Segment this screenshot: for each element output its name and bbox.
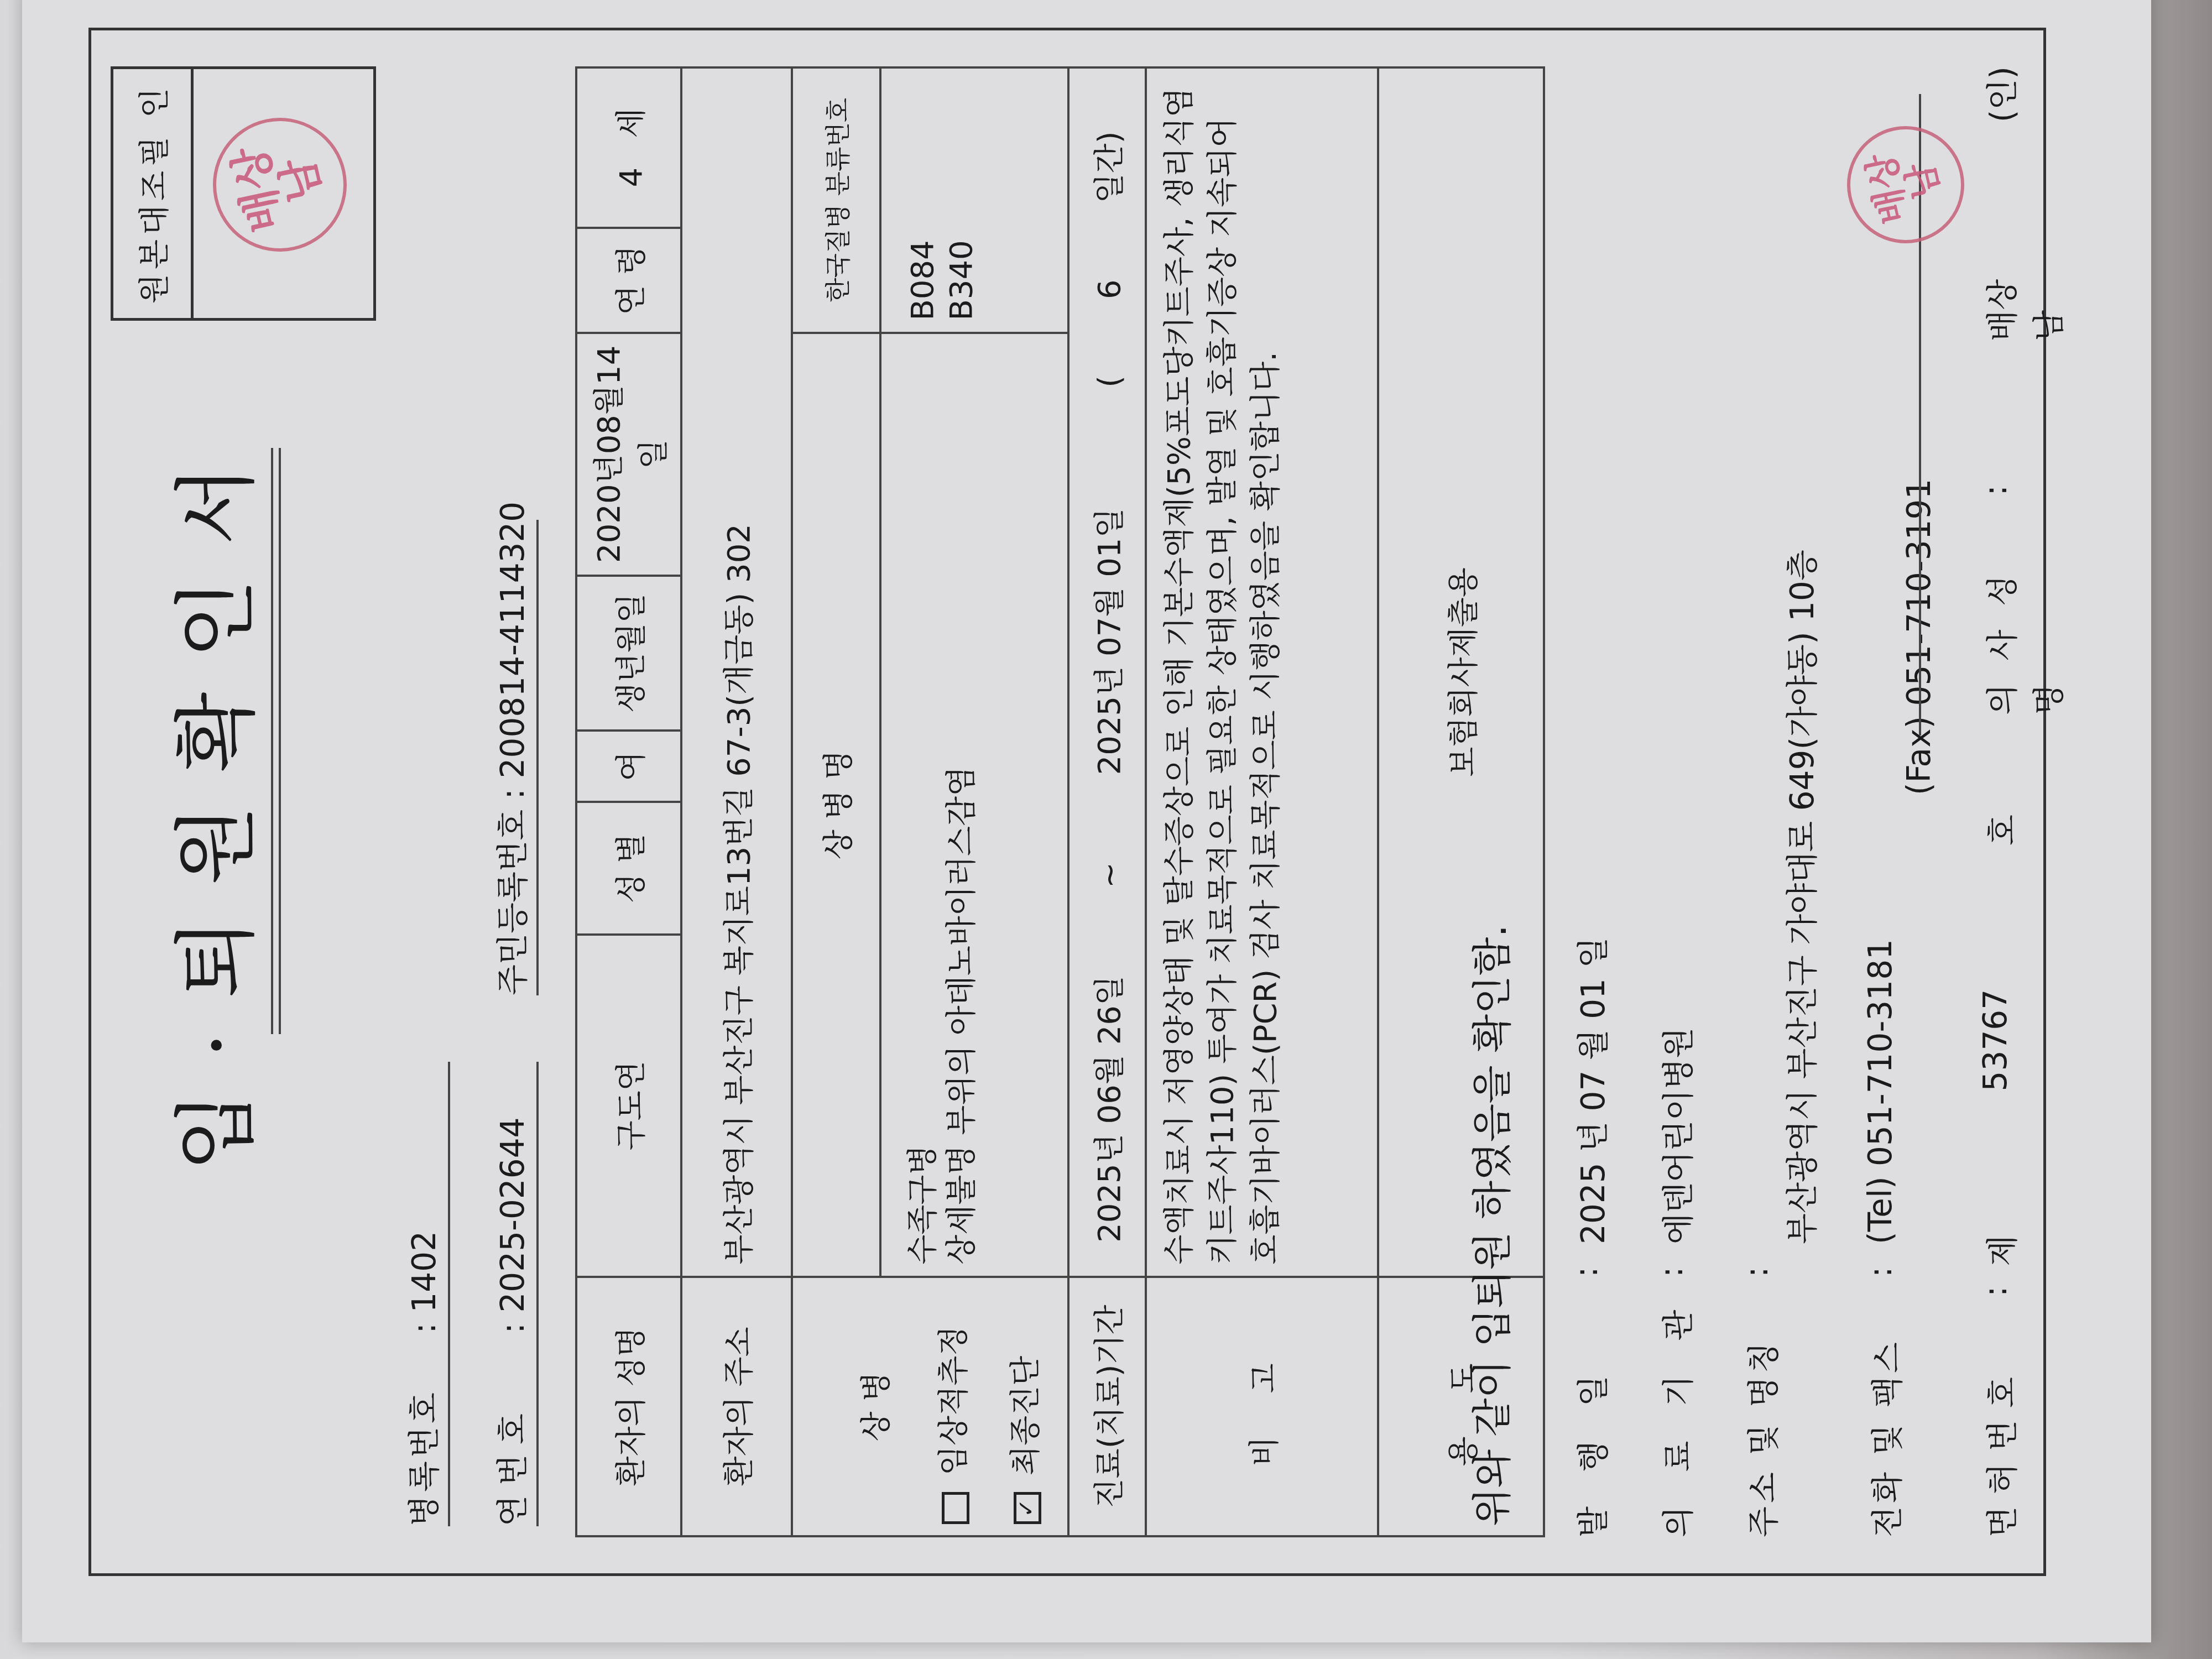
diagnosis-type-cell: 상 병 임상적추정 ✓최종진단 (792, 1277, 1068, 1536)
colon: : (1738, 1244, 1775, 1277)
phone-label: 전화 및 팩스 (1861, 1277, 1908, 1537)
option-label: 최종진단 (1008, 1356, 1044, 1475)
age-number: 4 (613, 168, 649, 187)
diagnosis-section-label: 상 병 (852, 1289, 896, 1524)
dob-value: 2020년08월14일 (576, 333, 681, 576)
license-prefix: 제 (1976, 1235, 2023, 1266)
doctor-seal-stamp-icon: 배상남 (1836, 115, 1975, 254)
record-number-value: 1402 (405, 1231, 443, 1313)
diagnosis-code: B084 (904, 80, 942, 321)
period-end: 2025년 07월 01일 (1092, 508, 1128, 775)
treatment-period-row: 진료(치료)기간 2025년 06월 26일 ~ 2025년 07월 01일 (… (1068, 67, 1146, 1536)
phone-fax: 전화 및 팩스: (Tel) 051-710-3181 (Fax) 051-71… (1861, 66, 1938, 1537)
institution: 의 료 기 관: 에덴어린이병원 (1652, 66, 1699, 1537)
dob-label: 생년월일 (576, 576, 681, 731)
diagnosis-code-header: 한국질병 분류번호 (792, 67, 880, 333)
patient-address-label: 환자의 주소 (681, 1277, 792, 1536)
serial-number-value: 2025-02644 (494, 1118, 531, 1313)
option-final[interactable]: ✓최종진단 (1001, 1289, 1045, 1524)
address-value: 부산광역시 부산진구 가야대로 649(가야동) 10층 (1776, 550, 1823, 1244)
sex-value: 여 (576, 731, 681, 802)
colon: : (494, 1313, 531, 1334)
issue-date-label: 발 행 일 (1567, 1277, 1614, 1537)
admission-discharge-certificate: 입·퇴원확인서 원본대조필 인 배상남 병록번호 : 1402 연번호 : 20… (88, 28, 2146, 1576)
remarks-row: 비 고 수액치료시 저영양상태 및 탈수증상으로 인해 기본수액제(5%포도당키… (1146, 67, 1378, 1536)
diagnosis-header-row: 상 병 임상적추정 ✓최종진단 상 병 명 한국질병 분류번호 (792, 67, 880, 1536)
diagnosis-name-header: 상 병 명 (792, 333, 880, 1277)
underline (448, 1062, 450, 1526)
license-doctor: 면허번호: 제 53767 호 의 사 성 명 : 배상남 (인) (1976, 66, 2069, 1537)
colon: : (1976, 1266, 2014, 1297)
diagnosis-name: 수족구병 (904, 345, 942, 1265)
period-tilde: ~ (1092, 862, 1128, 888)
original-copy-box: 원본대조필 인 배상남 (111, 66, 376, 321)
patient-name-row: 환자의 성명 구도연 성 별 여 생년월일 2020년08월14일 연 령 4 … (576, 67, 681, 1536)
period-start: 2025년 06월 26일 (1092, 975, 1128, 1243)
doctor-label: 의 사 성 명 (1976, 529, 2069, 714)
resident-number: 주민등록번호 : 200814-4114320 (487, 502, 533, 995)
serial-number: 연번호 : 2025-02644 (487, 1118, 533, 1526)
patient-address: 부산광역시 부산진구 복지로13번길 67-3(개금동) 302 (681, 67, 792, 1277)
seal-stamp-text: 배상남 (227, 129, 333, 240)
issue-date-value: 2025 년 07 월 01 일 (1567, 937, 1614, 1244)
institution-label: 의 료 기 관 (1652, 1277, 1699, 1537)
age-label: 연 령 (576, 228, 681, 333)
diagnosis-code: B340 (942, 80, 981, 321)
checkbox-clinical[interactable] (942, 1492, 969, 1524)
patient-name: 구도연 (576, 935, 681, 1277)
institution-value: 에덴어린이병원 (1652, 1027, 1699, 1244)
resident-number-label: 주민등록번호 (494, 810, 531, 995)
address-label: 주소 및 명칭 (1738, 1277, 1784, 1537)
underline (536, 1062, 539, 1526)
issue-date: 발 행 일: 2025 년 07 월 01 일 (1567, 66, 1614, 1537)
days-open: ( (1092, 375, 1128, 388)
record-number: 병록번호 : 1402 (398, 1231, 445, 1526)
resident-number-value: 200814-4114320 (494, 502, 531, 779)
colon: : (494, 778, 531, 799)
treatment-period: 2025년 06월 26일 ~ 2025년 07월 01일 ( 6 일간) (1068, 67, 1146, 1277)
seal-mark: (인) (1976, 66, 2023, 122)
colon: : (1861, 1244, 1899, 1277)
checkbox-final[interactable]: ✓ (1014, 1492, 1041, 1524)
sex-label: 성 별 (576, 802, 681, 935)
title-underline (271, 448, 281, 1034)
colon: : (405, 1313, 443, 1334)
confirmation-section: 위와 같이 입퇴원 하였음을 확인함. 발 행 일: 2025 년 07 월 0… (1438, 66, 2108, 1537)
age-unit: 세 (613, 108, 649, 138)
option-label: 임상적추정 (936, 1326, 972, 1475)
doctor-name: 배상남 (1976, 255, 2069, 341)
colon: : (1652, 1244, 1690, 1277)
patient-address-row: 환자의 주소 부산광역시 부산진구 복지로13번길 67-3(개금동) 302 (681, 67, 792, 1536)
period-days: 6 (1092, 279, 1128, 299)
license-suffix: 호 (1976, 815, 2023, 846)
certificate-table: 환자의 성명 구도연 성 별 여 생년월일 2020년08월14일 연 령 4 … (575, 66, 1545, 1537)
option-clinical[interactable]: 임상적추정 (929, 1289, 973, 1524)
age-value: 4 세 (576, 67, 681, 228)
doctor-seal-text: 배상남 (1862, 139, 1949, 230)
diagnosis-codes: B084 B340 (880, 67, 1068, 333)
treatment-period-label: 진료(치료)기간 (1068, 1277, 1146, 1536)
institution-address: 주소 및 명칭: 부산광역시 부산진구 가야대로 649(가야동) 10층 (1738, 66, 1823, 1537)
seal-stamp-icon: 배상남 (200, 105, 359, 264)
license-number: 53767 (1976, 989, 2014, 1092)
license-label: 면허번호 (1976, 1297, 2023, 1537)
colon: : (1976, 485, 2014, 496)
underline (536, 520, 539, 995)
original-copy-label: 원본대조필 인 (113, 69, 194, 318)
remarks-text: 수액치료시 저영양상태 및 탈수증상으로 인해 기본수액제(5%포도당키트주사,… (1146, 67, 1378, 1277)
patient-name-label: 환자의 성명 (576, 1277, 681, 1536)
serial-number-label: 연번호 (487, 1344, 533, 1526)
colon: : (1567, 1244, 1605, 1277)
confirmation-statement: 위와 같이 입퇴원 하였음을 확인함. (1460, 66, 1517, 1526)
remarks-label: 비 고 (1146, 1277, 1378, 1536)
diagnosis-names: 수족구병 상세불명 부위의 아데노바이러스감염 (880, 333, 1068, 1277)
diagnosis-name: 상세불명 부위의 아데노바이러스감염 (942, 345, 981, 1265)
record-number-label: 병록번호 (398, 1344, 445, 1526)
tel-value: (Tel) 051-710-3181 (1861, 939, 1899, 1244)
days-close: 일간) (1092, 131, 1128, 203)
